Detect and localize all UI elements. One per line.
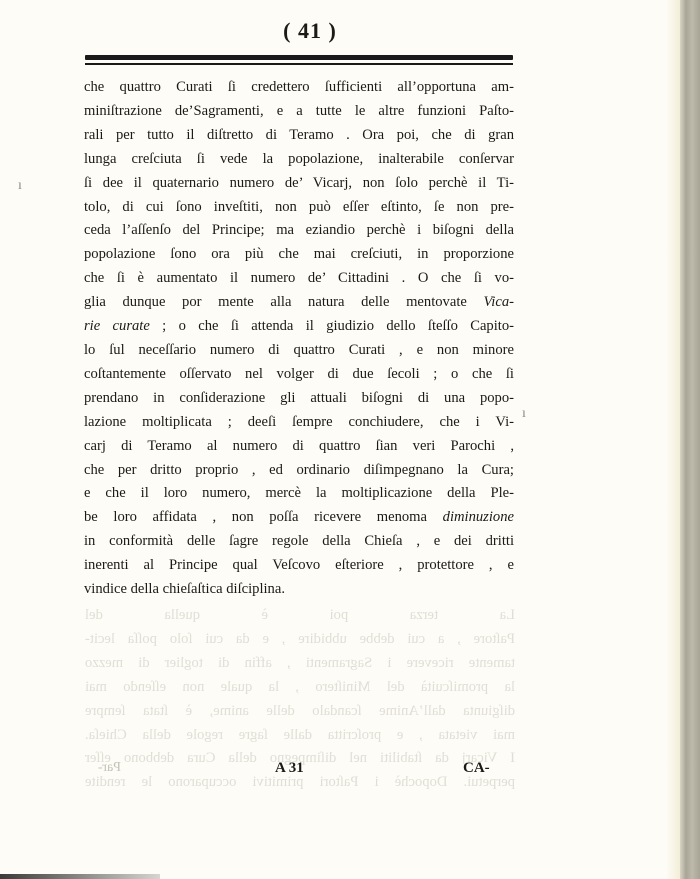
text-line: popolazione ſono ora più che mai creſciu… xyxy=(84,243,514,267)
text-line: miniſtrazione de’Sagramenti, e a tutte l… xyxy=(84,100,514,124)
italic-term: Vica- xyxy=(483,294,514,310)
header-rule-thick xyxy=(85,55,513,60)
italic-term: rie curate xyxy=(84,318,150,334)
margin-mark: ı xyxy=(18,178,22,194)
text-line: glia dunque por mente alla natura delle … xyxy=(84,291,514,315)
text-line: lazione moltiplicata ; deeſi ſempre conc… xyxy=(84,411,514,435)
scan-shadow xyxy=(0,874,160,879)
text-line: rali per tutto il diſtretto di Teramo . … xyxy=(84,124,514,148)
body-text: che quattro Curati ſi credettero ſuffici… xyxy=(84,76,514,602)
text-line: e che il loro numero, mercè la moltiplic… xyxy=(84,482,514,506)
text-line: lo ſul neceſſario numero di quattro Cura… xyxy=(84,339,514,363)
text-line: carj di Teramo al numero di quattro ſian… xyxy=(84,435,514,459)
book-page-edges xyxy=(680,0,700,879)
text-line: che ſi è aumentato il numero de’ Cittadi… xyxy=(84,267,514,291)
text-line: che per dritto proprio , ed ordinario di… xyxy=(84,459,514,483)
text-line: in conformità delle ſagre regole della C… xyxy=(84,530,514,554)
show-through-line: La terza poi è quella del xyxy=(85,604,515,628)
italic-term: diminuzione xyxy=(443,509,514,525)
text-line: ceda l’aſſenſo del Principe; ma eziandio… xyxy=(84,219,514,243)
text-line: prendano in conſiderazione gli attuali b… xyxy=(84,387,514,411)
signature-mark: A 31 xyxy=(275,760,304,777)
margin-mark: ı xyxy=(522,406,526,422)
header-rule-thin xyxy=(85,63,513,65)
show-through-line: mai vietata , e proſcritta dalle ſagre r… xyxy=(85,724,515,748)
show-through-line: diſgiunta dall’Anime ſcandalo delle anim… xyxy=(85,700,515,724)
text-line: che quattro Curati ſi credettero ſuffici… xyxy=(84,76,514,100)
show-through-line: tamente ricevere i Sagramenti , affin di… xyxy=(85,652,515,676)
catchword: CA- xyxy=(463,760,490,777)
text-line: inerenti al Principe qual Veſcovo eſteri… xyxy=(84,554,514,578)
text-line: vindice della chieſaſtica diſciplina. xyxy=(84,578,514,602)
show-through-line: la promiſcuità del Miniſtero , la quale … xyxy=(85,676,515,700)
show-through-line: Paſtore , a cui debbe ubbidire , e da cu… xyxy=(85,628,515,652)
text-line: coſtantemente oſſervato nel volger di du… xyxy=(84,363,514,387)
text-line: tolo, di cui ſono inveſtiti, non può eſſ… xyxy=(84,196,514,220)
text-line: lunga creſciuta ſi vede la popolazione, … xyxy=(84,148,514,172)
text-line: be loro affidata , non poſſa ricevere me… xyxy=(84,506,514,530)
page-gutter-shading xyxy=(666,0,680,879)
page-number-header: ( 41 ) xyxy=(0,18,620,44)
text-line: ſi dee il quaternario numero de’ Vicarj,… xyxy=(84,172,514,196)
text-line: rie curate ; o che ſi attenda il giudizi… xyxy=(84,315,514,339)
show-through-catchword: Par- xyxy=(98,760,121,776)
